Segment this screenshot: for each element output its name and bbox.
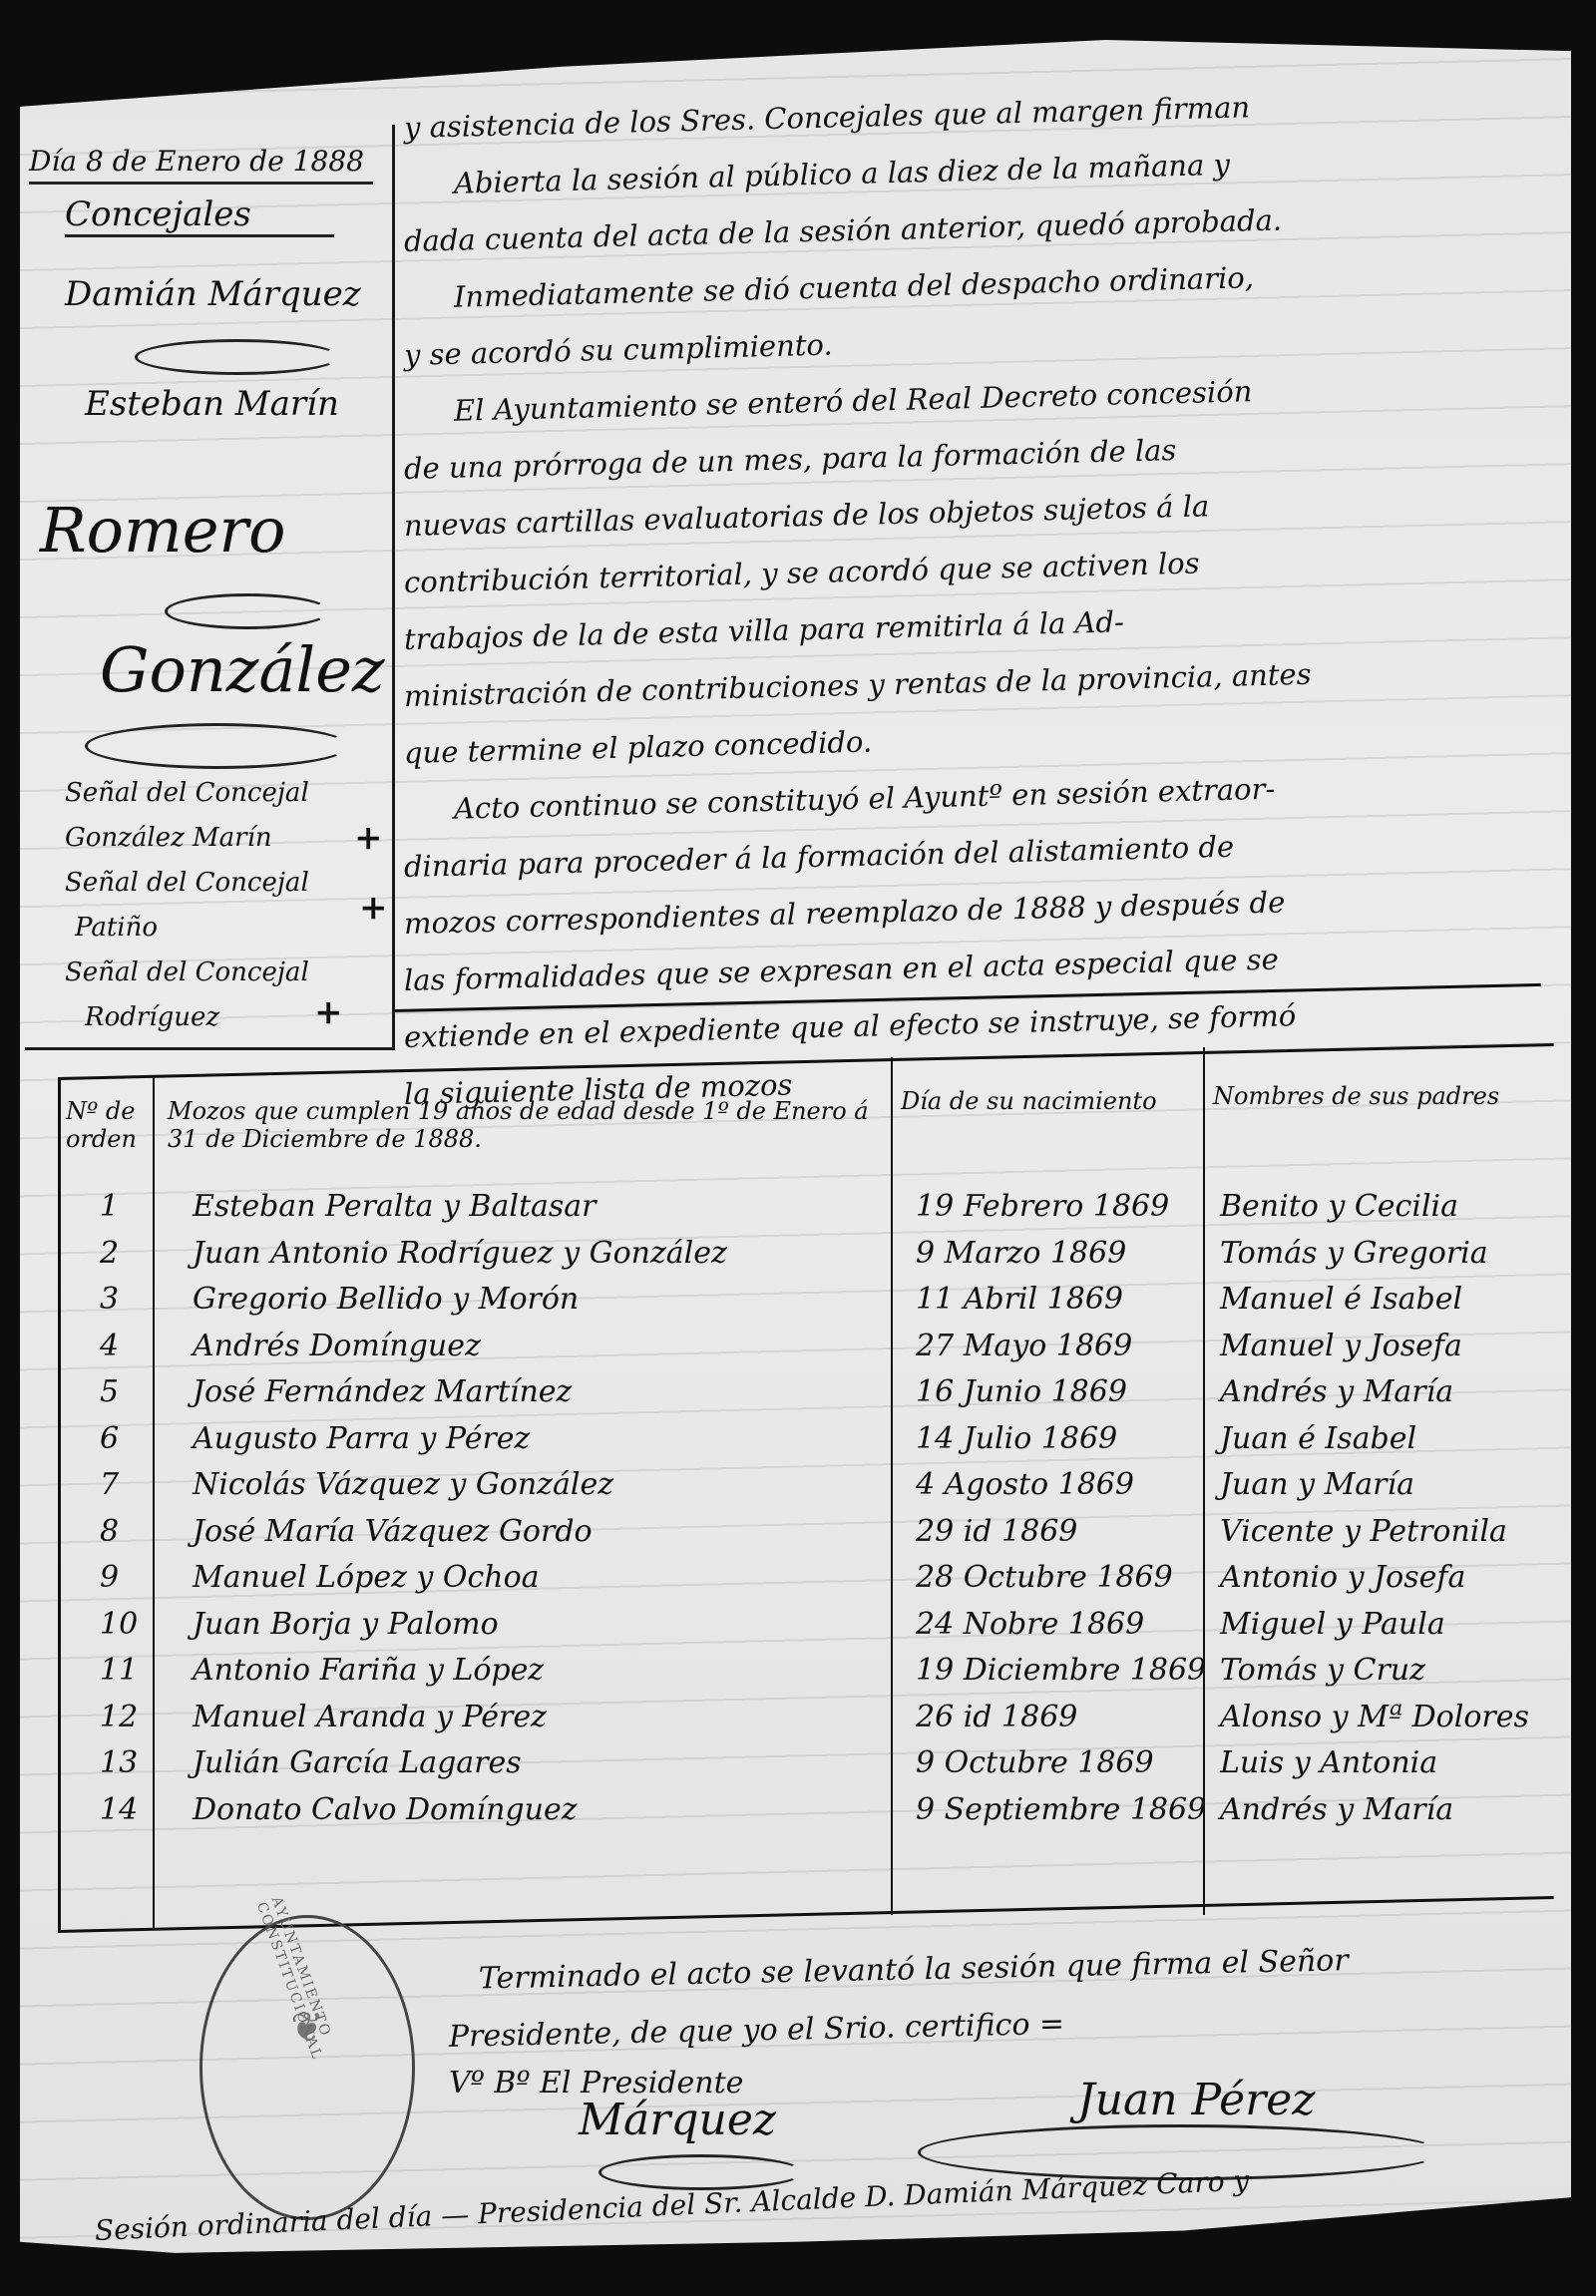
signature-flourish	[135, 339, 340, 375]
conscript-name: Gregorio Bellido y Morón	[193, 1282, 579, 1317]
birth-date: 24 Nobre 1869	[916, 1607, 1144, 1642]
stamp-text: AYUNTAMIENTO CONSTITUCIONAL	[253, 1895, 351, 2094]
parents-names: Andrés y María	[1220, 1792, 1453, 1827]
cross-mark: +	[359, 888, 388, 928]
parents-names: Miguel y Paula	[1220, 1607, 1445, 1642]
signature-marin: Esteban Marín	[85, 384, 339, 424]
municipal-stamp: AYUNTAMIENTO CONSTITUCIONAL ❦	[199, 1915, 415, 2220]
order-number: 11	[100, 1653, 138, 1688]
table-row: 11Antonio Fariña y López19 Diciembre 186…	[58, 1653, 1584, 1699]
conscript-name: Antonio Fariña y López	[193, 1653, 544, 1688]
table-row: 10Juan Borja y Palomo24 Nobre 1869Miguel…	[58, 1607, 1584, 1653]
signature-romero: Romero	[40, 494, 285, 567]
parents-names: Andrés y María	[1220, 1374, 1453, 1409]
mark-name: González Marín	[65, 823, 272, 853]
order-number: 7	[100, 1467, 119, 1502]
cross-mark: +	[354, 818, 383, 858]
parents-names: Vicente y Petronila	[1220, 1514, 1507, 1549]
conscript-name: Manuel Aranda y Pérez	[193, 1700, 547, 1734]
order-number: 4	[100, 1329, 119, 1363]
order-number: 1	[100, 1189, 119, 1224]
conscript-name: Donato Calvo Domínguez	[193, 1792, 578, 1827]
cross-mark: +	[314, 992, 343, 1032]
birth-date: 19 Febrero 1869	[916, 1189, 1169, 1224]
birth-date: 27 Mayo 1869	[916, 1329, 1132, 1363]
mark-label: Señal del Concejal	[65, 957, 309, 987]
conscript-name: Julián García Lagares	[193, 1745, 522, 1780]
table-row: 9Manuel López y Ochoa28 Octubre 1869Anto…	[58, 1560, 1584, 1606]
mark-name: Patiño	[75, 913, 158, 943]
signature-marquez: Damián Márquez	[65, 274, 361, 314]
table-row: 8José María Vázquez Gordo29 id 1869Vicen…	[58, 1514, 1584, 1560]
parents-names: Juan é Isabel	[1220, 1421, 1416, 1456]
birth-date: 28 Octubre 1869	[916, 1560, 1173, 1595]
birth-date: 9 Octubre 1869	[916, 1745, 1154, 1780]
table-row: 2Juan Antonio Rodríguez y González9 Marz…	[58, 1236, 1584, 1282]
table-row: 1Esteban Peralta y Baltasar19 Febrero 18…	[58, 1189, 1584, 1235]
parents-names: Luis y Antonia	[1220, 1745, 1437, 1780]
session-date: Día 8 de Enero de 1888	[29, 145, 373, 185]
header-parents: Nombres de sus padres	[1213, 1082, 1552, 1110]
header-conscript-name: Mozos que cumplen 19 años de edad desde …	[168, 1097, 876, 1153]
order-number: 3	[100, 1282, 119, 1317]
table-row: 14Donato Calvo Domínguez9 Septiembre 186…	[58, 1792, 1584, 1838]
order-number: 9	[100, 1560, 119, 1595]
conscripts-table: Nº de orden Mozos que cumplen 19 años de…	[58, 1077, 1584, 1930]
conscript-name: Juan Antonio Rodríguez y González	[193, 1236, 727, 1271]
conscript-name: José María Vázquez Gordo	[193, 1514, 593, 1549]
conscript-name: Juan Borja y Palomo	[193, 1607, 499, 1642]
order-number: 5	[100, 1374, 119, 1409]
table-row: 5José Fernández Martínez16 Junio 1869And…	[58, 1374, 1584, 1420]
table-row: 6Augusto Parra y Pérez14 Julio 1869Juan …	[58, 1421, 1584, 1467]
birth-date: 4 Agosto 1869	[916, 1467, 1134, 1502]
parents-names: Manuel é Isabel	[1220, 1282, 1462, 1317]
birth-date: 29 id 1869	[916, 1514, 1077, 1549]
birth-date: 9 Septiembre 1869	[916, 1792, 1206, 1827]
signature-president: Márquez	[579, 2095, 776, 2145]
signature-flourish	[85, 723, 350, 769]
birth-date: 9 Marzo 1869	[916, 1236, 1126, 1271]
table-row: 12Manuel Aranda y Pérez26 id 1869Alonso …	[58, 1700, 1584, 1745]
birth-date: 26 id 1869	[916, 1700, 1077, 1734]
signature-flourish	[165, 593, 330, 629]
conscript-name: Manuel López y Ochoa	[193, 1560, 540, 1595]
table-row: 4Andrés Domínguez27 Mayo 1869Manuel y Jo…	[58, 1329, 1584, 1374]
mark-label: Señal del Concejal	[65, 778, 309, 808]
parents-names: Tomás y Gregoria	[1220, 1236, 1488, 1271]
parents-names: Alonso y Mª Dolores	[1220, 1700, 1529, 1734]
signature-secretary: Juan Pérez	[1077, 2075, 1315, 2125]
parents-names: Manuel y Josefa	[1220, 1329, 1462, 1363]
mark-label: Señal del Concejal	[65, 868, 309, 898]
conscript-name: Nicolás Vázquez y González	[193, 1467, 613, 1502]
order-number: 8	[100, 1514, 119, 1549]
conscript-name: José Fernández Martínez	[193, 1374, 572, 1409]
order-number: 14	[100, 1792, 138, 1827]
birth-date: 16 Junio 1869	[916, 1374, 1127, 1409]
birth-date: 11 Abril 1869	[916, 1282, 1123, 1317]
header-birth-date: Día de su nacimiento	[901, 1087, 1200, 1115]
order-number: 10	[100, 1607, 138, 1642]
margin-heading: Concejales	[65, 194, 334, 237]
parents-names: Antonio y Josefa	[1220, 1560, 1465, 1595]
table-row: 3Gregorio Bellido y Morón11 Abril 1869Ma…	[58, 1282, 1584, 1328]
conscript-name: Esteban Peralta y Baltasar	[193, 1189, 597, 1224]
conscript-name: Andrés Domínguez	[193, 1329, 481, 1363]
margin-column: Día 8 de Enero de 1888 Concejales Damián…	[25, 125, 395, 1050]
order-number: 2	[100, 1236, 119, 1271]
birth-date: 19 Diciembre 1869	[916, 1653, 1206, 1688]
manuscript-page: Día 8 de Enero de 1888 Concejales Damián…	[20, 40, 1571, 2264]
birth-date: 14 Julio 1869	[916, 1421, 1117, 1456]
parents-names: Benito y Cecilia	[1220, 1189, 1458, 1224]
order-number: 6	[100, 1421, 119, 1456]
mark-name: Rodríguez	[85, 1002, 219, 1032]
order-number: 13	[100, 1745, 138, 1780]
order-number: 12	[100, 1700, 138, 1734]
signature-gonzalez: González	[100, 633, 385, 706]
header-order-number: Nº de orden	[66, 1097, 146, 1153]
parents-names: Tomás y Cruz	[1220, 1653, 1425, 1688]
minutes-body: y asistencia de los Sres. Concejales que…	[404, 100, 1511, 1123]
conscript-name: Augusto Parra y Pérez	[193, 1421, 530, 1456]
table-row: 7Nicolás Vázquez y González4 Agosto 1869…	[58, 1467, 1584, 1513]
table-row: 13Julián García Lagares9 Octubre 1869Lui…	[58, 1745, 1584, 1791]
parents-names: Juan y María	[1220, 1467, 1414, 1502]
